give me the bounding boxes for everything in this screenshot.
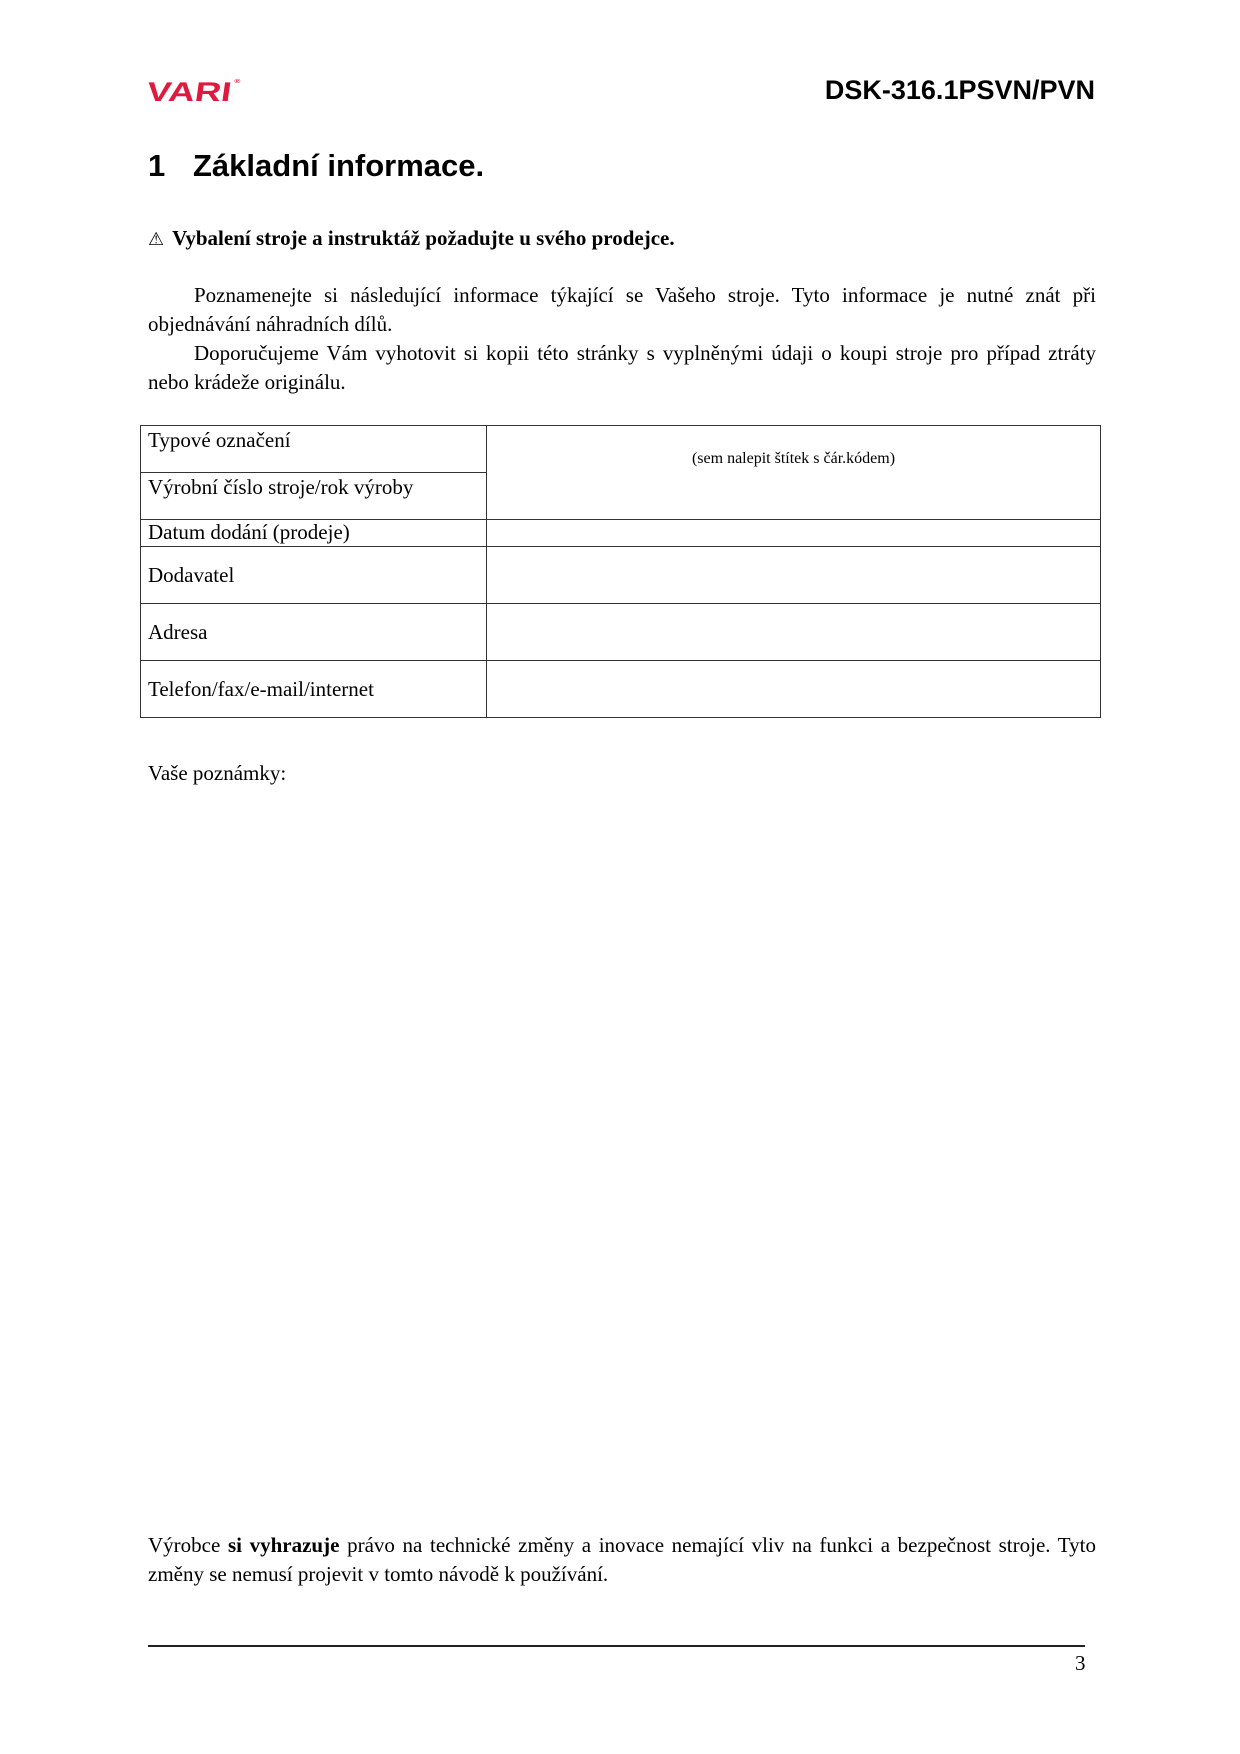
barcode-sticker-area[interactable]: (sem nalepit štítek s čár.kódem) (487, 426, 1101, 520)
barcode-note: (sem nalepit štítek s čár.kódem) (692, 450, 895, 467)
warning-triangle-icon: ⚠ (148, 229, 164, 251)
registered-mark: ® (234, 79, 241, 85)
table-label-cell: Telefon/fax/e-mail/internet (141, 661, 487, 718)
document-code: DSK-316.1PSVN/PVN (825, 74, 1095, 106)
type-designation-label: Typové označení (148, 426, 479, 453)
notes-label: Vaše poznámky: (148, 761, 286, 786)
table-label-cell: Adresa (141, 604, 487, 661)
supplier-label: Dodavatel (148, 563, 234, 587)
intro-paragraph-text: Poznamenejte si následující informace tý… (148, 283, 1096, 336)
table-row: Telefon/fax/e-mail/internet (141, 661, 1101, 718)
table-label-cell: Dodavatel (141, 547, 487, 604)
copy-recommendation-paragraph: Doporučujeme Vám vyhotovit si kopii této… (148, 339, 1096, 397)
address-field[interactable] (487, 604, 1101, 661)
table-row: Dodavatel (141, 547, 1101, 604)
section-number: 1 (148, 147, 193, 184)
disclaimer-emphasis: si vyhrazuje (228, 1533, 339, 1557)
disclaimer-text-start: Výrobce (148, 1533, 228, 1557)
intro-paragraph: Poznamenejte si následující informace tý… (148, 281, 1096, 339)
table-row: Typové označení (sem nalepit štítek s čá… (141, 426, 1101, 473)
section-heading: 1Základní informace. (148, 147, 484, 184)
section-title: Základní informace. (193, 148, 484, 183)
machine-info-table: Typové označení (sem nalepit štítek s čá… (140, 425, 1101, 718)
delivery-date-label: Datum dodání (prodeje) (148, 520, 350, 544)
address-label: Adresa (148, 620, 207, 644)
supplier-field[interactable] (487, 547, 1101, 604)
table-label-cell: Datum dodání (prodeje) (141, 520, 487, 547)
serial-number-label: Výrobní číslo stroje/rok výroby (148, 473, 479, 500)
table-row: Datum dodání (prodeje) (141, 520, 1101, 547)
table-label-cell: Typové označení (141, 426, 487, 473)
copy-recommendation-text: Doporučujeme Vám vyhotovit si kopii této… (148, 341, 1096, 394)
warning-notice: ⚠Vybalení stroje a instruktáž požadujte … (148, 226, 675, 251)
contact-label: Telefon/fax/e-mail/internet (148, 677, 374, 701)
vari-logo: VARI® (145, 79, 241, 106)
footer-divider (148, 1645, 1085, 1647)
warning-text: Vybalení stroje a instruktáž požadujte u… (172, 226, 674, 250)
disclaimer-paragraph: Výrobce si vyhrazuje právo na technické … (148, 1531, 1096, 1589)
contact-field[interactable] (487, 661, 1101, 718)
logo-text: VARI (145, 77, 234, 107)
table-row: Adresa (141, 604, 1101, 661)
delivery-date-field[interactable] (487, 520, 1101, 547)
table-label-cell: Výrobní číslo stroje/rok výroby (141, 473, 487, 520)
page-number: 3 (1075, 1651, 1086, 1676)
